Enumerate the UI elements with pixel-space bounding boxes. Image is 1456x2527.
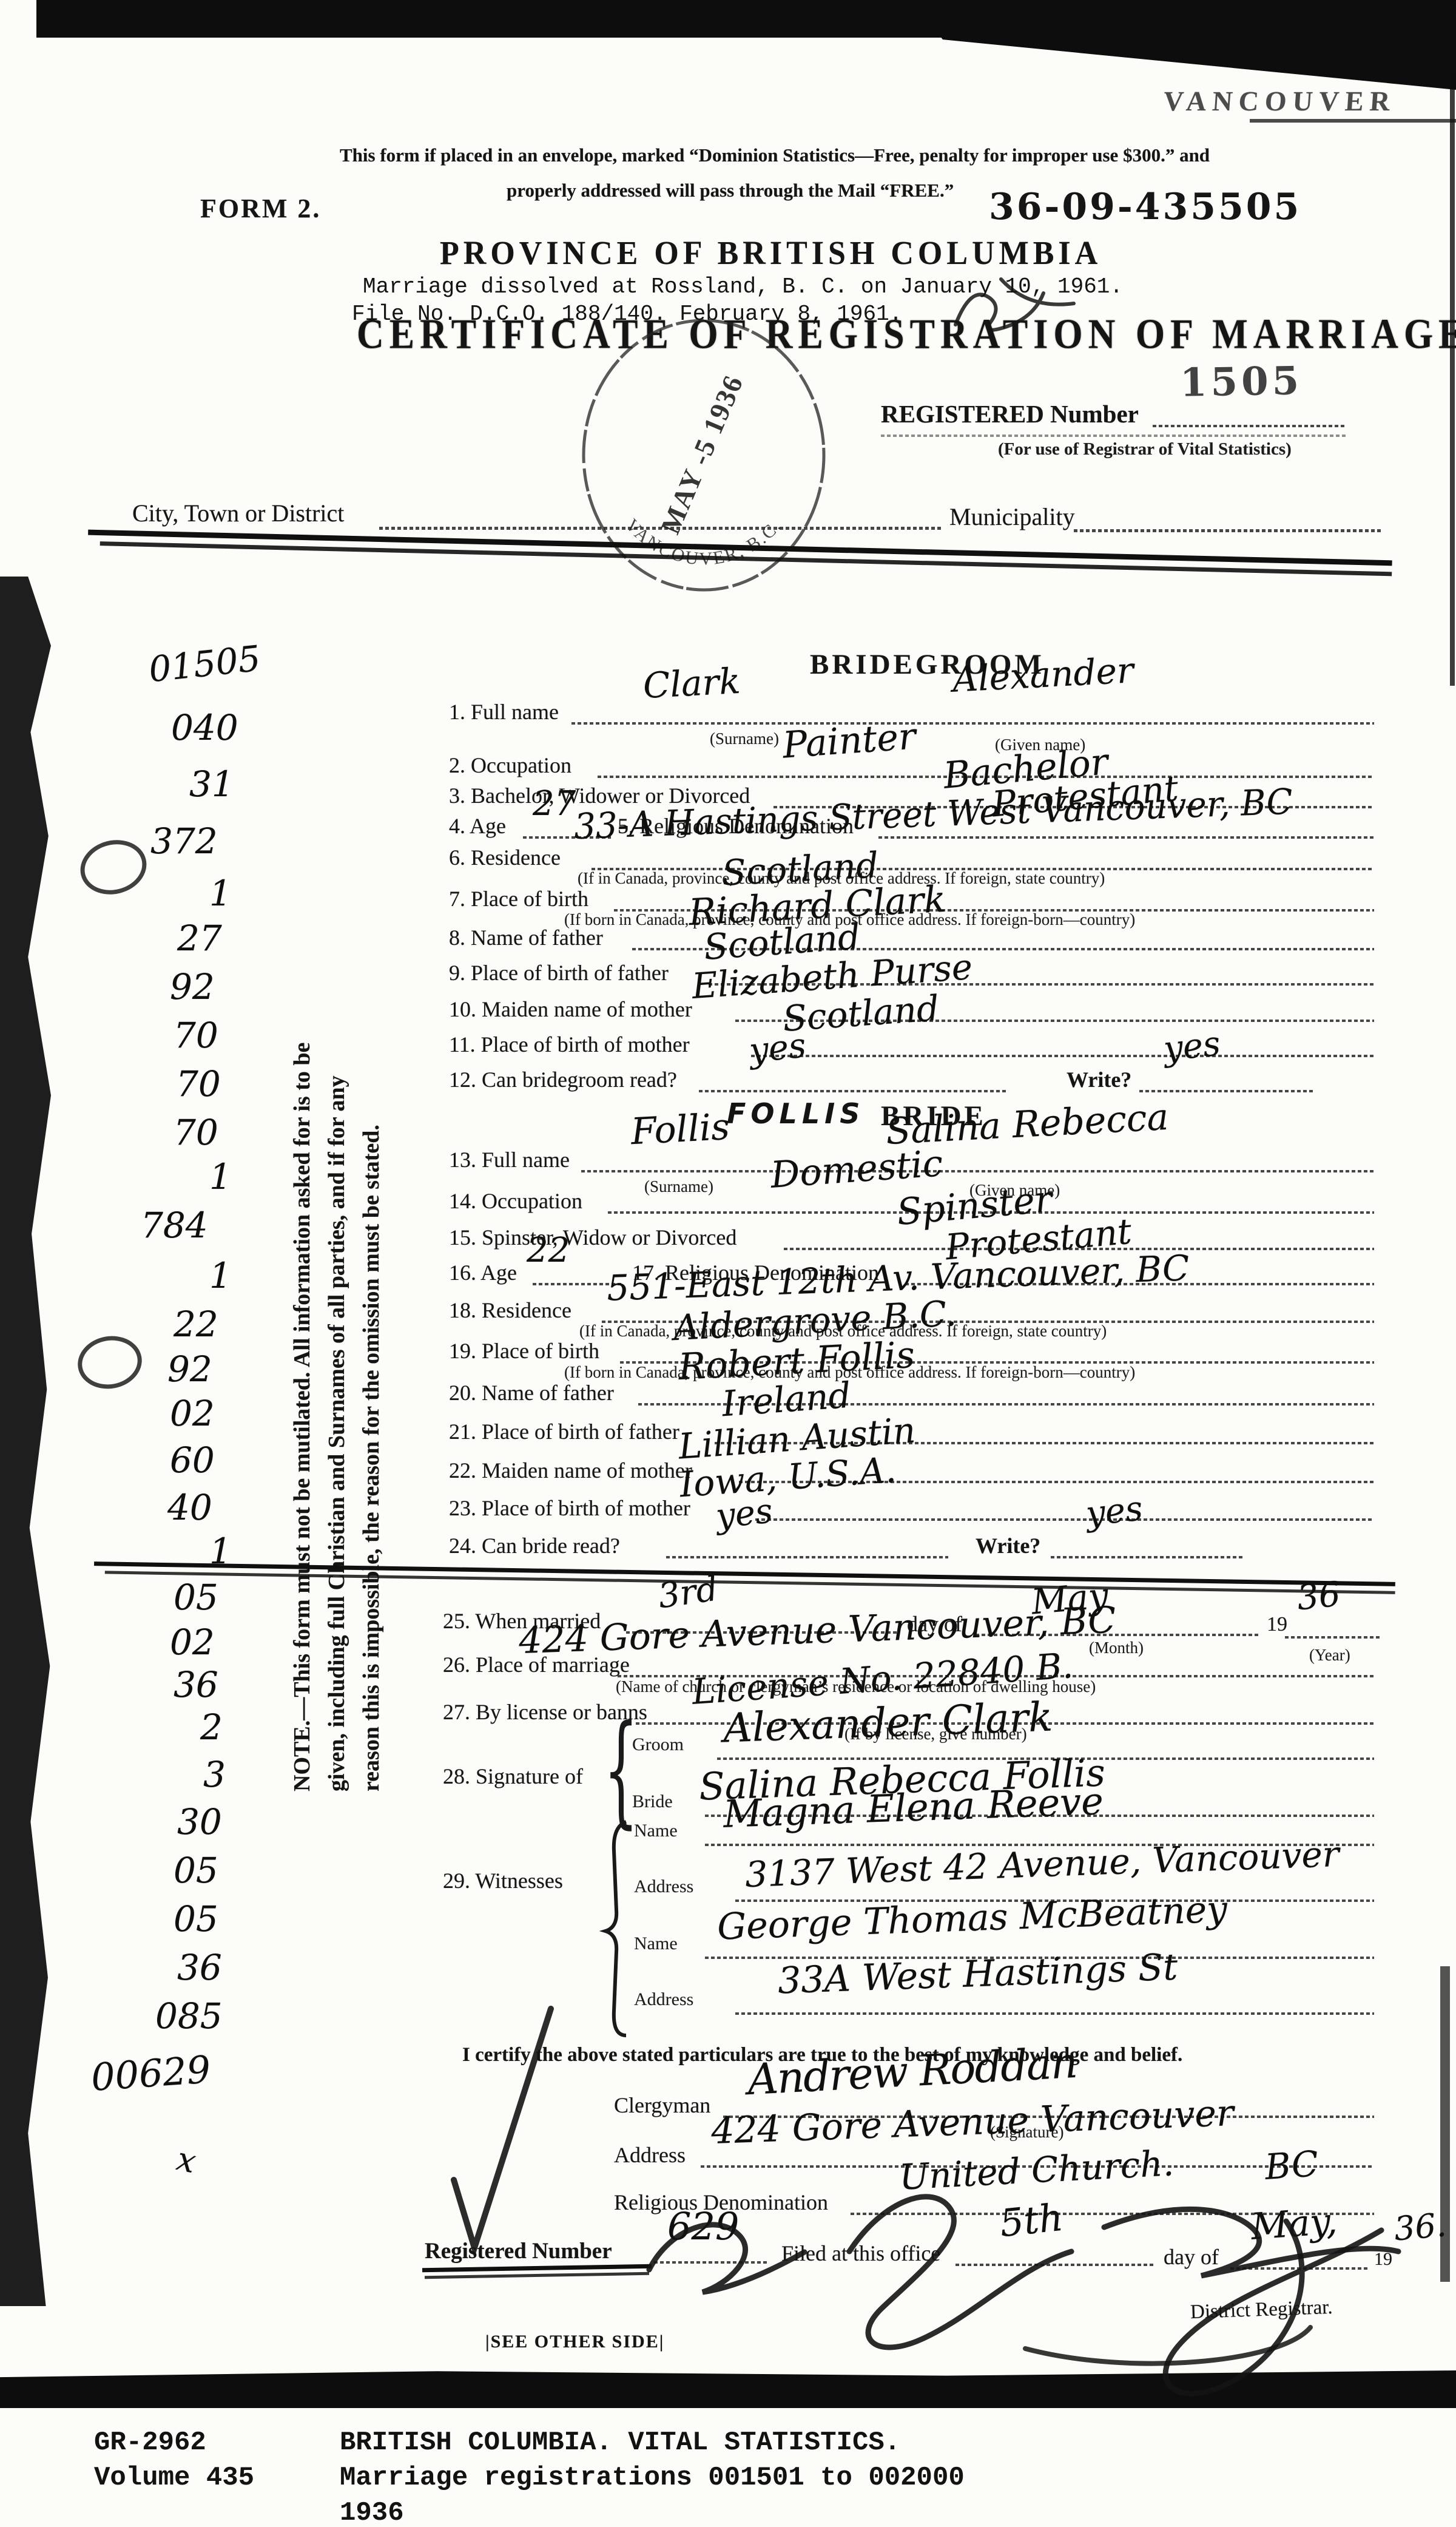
bride-can-write-entry: yes — [1084, 1489, 1145, 1534]
year-prefix-typed: 19 — [1267, 1613, 1287, 1636]
margin-number: 040 — [171, 707, 238, 748]
municipality-label: Municipality — [949, 502, 1075, 531]
groom-can-write-line — [1139, 1090, 1315, 1092]
field-label-bride-mother: 22. Maiden name of mother — [449, 1458, 692, 1483]
bride-mother-birthplace-line — [755, 1518, 1374, 1521]
city-town-district-label: City, Town or District — [132, 499, 344, 527]
witnesses-brace — [601, 1818, 637, 2037]
groom-can-read-line — [699, 1090, 1008, 1092]
registrar-check-mark — [425, 1991, 582, 2282]
field-label-groom-mother: 10. Maiden name of mother — [449, 996, 692, 1022]
margin-number: 784 — [141, 1205, 208, 1246]
margin-number: 60 — [170, 1439, 215, 1481]
field-label-groom-residence: 6. Residence — [449, 845, 561, 870]
bride-age-entry: 22 — [527, 1231, 570, 1270]
margin-number: 31 — [189, 763, 234, 805]
field-label-groom-full-name: 1. Full name — [449, 699, 559, 725]
margin-number: 2 — [200, 1707, 223, 1748]
margin-number: 05 — [174, 1850, 218, 1891]
bride-surname-note: (Surname) — [644, 1177, 713, 1196]
bride-write-label: Write? — [976, 1533, 1040, 1558]
witness2-name-entry: George Thomas McBeatney — [716, 1888, 1228, 1948]
field-label-bride-full-name: 13. Full name — [449, 1147, 570, 1172]
witness1-name-label: Name — [634, 1821, 678, 1841]
footer-volume: Volume 435 — [94, 2463, 254, 2493]
witness2-address-line — [735, 2012, 1374, 2015]
bride-can-read-entry: yes — [714, 1491, 775, 1536]
registrar-use-note: (For use of Registrar of Vital Statistic… — [998, 439, 1292, 459]
registered-number-line — [1153, 425, 1347, 427]
surname-note: (Surname) — [710, 729, 779, 748]
margin-number: 36 — [177, 1947, 222, 1988]
margin-number: 40 — [167, 1487, 212, 1528]
field-label-groom-mother-birthplace: 11. Place of birth of mother — [449, 1032, 690, 1057]
municipality-line — [1074, 529, 1383, 532]
bride-surname-entry: Follis — [630, 1106, 730, 1153]
year-note: (Year) — [1309, 1646, 1350, 1665]
margin-number: 30 — [177, 1801, 222, 1842]
scan-edge-right-thin — [1450, 73, 1455, 686]
margin-number: 3 — [203, 1754, 226, 1795]
mail-notice-line1: This form if placed in an envelope, mark… — [340, 144, 1210, 166]
city-line — [379, 527, 943, 530]
margin-number: 1 — [209, 873, 232, 914]
field-label-bride-status: 15. Spinster, Widow or Divorced — [449, 1225, 736, 1250]
margin-number: 92 — [167, 1348, 212, 1390]
bride-full-name-line — [581, 1170, 1374, 1172]
margin-number: 085 — [155, 1995, 223, 2037]
witness2-address-entry: 33A West Hastings St — [777, 1946, 1178, 2003]
witness2-address-label: Address — [634, 1989, 693, 2010]
margin-number: 36 — [174, 1664, 218, 1705]
field-label-bride-residence: 18. Residence — [449, 1297, 571, 1323]
form-number-label: FORM 2. — [200, 193, 321, 224]
field-label-bride-can-read: 24. Can bride read? — [449, 1533, 620, 1558]
footer-year: 1936 — [340, 2498, 404, 2527]
witness1-address-entry: 3137 West 42 Avenue, Vancouver — [744, 1833, 1340, 1895]
field-label-witnesses: 29. Witnesses — [443, 1868, 563, 1893]
witness1-address-label: Address — [634, 1876, 693, 1897]
footer-line2: Marriage registrations 001501 to 002000 — [340, 2463, 965, 2493]
groom-age-entry: 27 — [533, 784, 576, 824]
margin-note-line3: reason this is impossible, the reason fo… — [354, 772, 389, 1791]
when-married-year-line — [1285, 1636, 1382, 1639]
field-label-bride-mother-birthplace: 23. Place of birth of mother — [449, 1495, 690, 1521]
margin-number: 1 — [209, 1255, 232, 1296]
hole-punch-top — [75, 833, 152, 901]
margin-note-rotated: NOTE.—This form must not be mutilated. A… — [285, 772, 392, 1791]
scan-edge-top-right — [910, 0, 1456, 90]
groom-mother-birthplace-line — [751, 1055, 1374, 1057]
field-label-groom-father-birthplace: 9. Place of birth of father — [449, 960, 669, 986]
field-label-bride-occupation: 14. Occupation — [449, 1188, 582, 1214]
groom-full-name-line — [571, 722, 1374, 725]
margin-number: 27 — [177, 918, 222, 959]
clergyman-label: Clergyman — [614, 2092, 710, 2118]
registered-number-stamp: 1505 — [1179, 358, 1303, 406]
groom-write-label: Write? — [1067, 1067, 1131, 1092]
margin-note-line1: NOTE.—This form must not be mutilated. A… — [285, 772, 320, 1791]
field-label-groom-birthplace: 7. Place of birth — [449, 886, 588, 912]
margin-number: 1 — [209, 1156, 232, 1197]
footer-record-group: GR-2962 — [94, 2427, 206, 2458]
groom-can-write-entry: yes — [1162, 1024, 1222, 1069]
when-married-day-entry: 3rd — [656, 1569, 720, 1616]
field-label-groom-can-read: 12. Can bridegroom read? — [449, 1067, 677, 1092]
field-label-bride-father: 20. Name of father — [449, 1380, 614, 1406]
field-label-bride-age: 16. Age — [449, 1260, 517, 1285]
margin-number: 05 — [174, 1577, 218, 1618]
field-label-bride-birthplace: 19. Place of birth — [449, 1338, 599, 1364]
groom-signature-label: Groom — [632, 1734, 684, 1755]
field-label-bride-father-birthplace: 21. Place of birth of father — [449, 1419, 679, 1444]
margin-number: 00629 — [90, 2047, 212, 2100]
vancouver-corner-stamp: VANCOUVER — [1162, 85, 1397, 117]
registered-number-label: REGISTERED Number — [881, 399, 1139, 428]
groom-given-entry: Alexander — [951, 649, 1134, 700]
margin-number: 02 — [170, 1622, 215, 1663]
margin-number: 70 — [174, 1015, 218, 1056]
field-label-groom-father: 8. Name of father — [449, 925, 603, 950]
certificate-title: CERTIFICATE OF REGISTRATION OF MARRIAGE — [357, 311, 1456, 359]
field-label-signature-of: 28. Signature of — [443, 1764, 583, 1789]
bride-surname-typed-annotation: FOLLIS — [727, 1097, 864, 1130]
margin-number: 01505 — [147, 638, 263, 691]
bride-can-write-line — [1051, 1556, 1245, 1558]
corner-stamp-rule — [1250, 119, 1456, 123]
svg-text:MAY -5 1936: MAY -5 1936 — [655, 370, 749, 538]
district-registrar-signature — [607, 2148, 1456, 2379]
groom-occupation-entry: Painter — [781, 715, 917, 766]
groom-can-read-entry: yes — [747, 1026, 808, 1071]
footer-line1: BRITISH COLUMBIA. VITAL STATISTICS. — [340, 2427, 900, 2458]
groom-denomination-line — [878, 836, 1374, 839]
groom-surname-entry: Clark — [642, 660, 741, 706]
see-other-side-note: |SEE OTHER SIDE| — [485, 2332, 664, 2352]
margin-number: 22 — [174, 1304, 218, 1345]
margin-number: 02 — [170, 1393, 215, 1434]
field-label-groom-occupation: 2. Occupation — [449, 753, 571, 778]
document-file-number: 36-09-435505 — [989, 186, 1301, 228]
bride-signature-label: Bride — [632, 1791, 673, 1812]
margin-number: 05 — [174, 1898, 218, 1940]
witness2-name-label: Name — [634, 1933, 678, 1954]
margin-number: 70 — [176, 1063, 221, 1105]
mail-notice-line2: properly addressed will pass through the… — [507, 180, 954, 201]
bride-can-read-line — [666, 1556, 948, 1558]
margin-note-line2: given, including full Christian and Surn… — [320, 772, 354, 1791]
margin-number: 70 — [174, 1112, 218, 1153]
margin-number: 372 — [150, 820, 218, 862]
registered-number-line2 — [881, 435, 1347, 437]
scanned-certificate-page: VANCOUVER This form if placed in an enve… — [0, 0, 1456, 2527]
bride-occupation-entry: Domestic — [769, 1142, 945, 1197]
hole-punch-bottom — [73, 1331, 146, 1393]
margin-number: 92 — [170, 966, 215, 1007]
field-label-groom-age: 4. Age — [449, 813, 506, 839]
margin-check-mark: x — [174, 2140, 200, 2181]
when-married-year-entry: 36 — [1295, 1574, 1343, 1618]
scan-edge-left — [0, 577, 51, 2306]
